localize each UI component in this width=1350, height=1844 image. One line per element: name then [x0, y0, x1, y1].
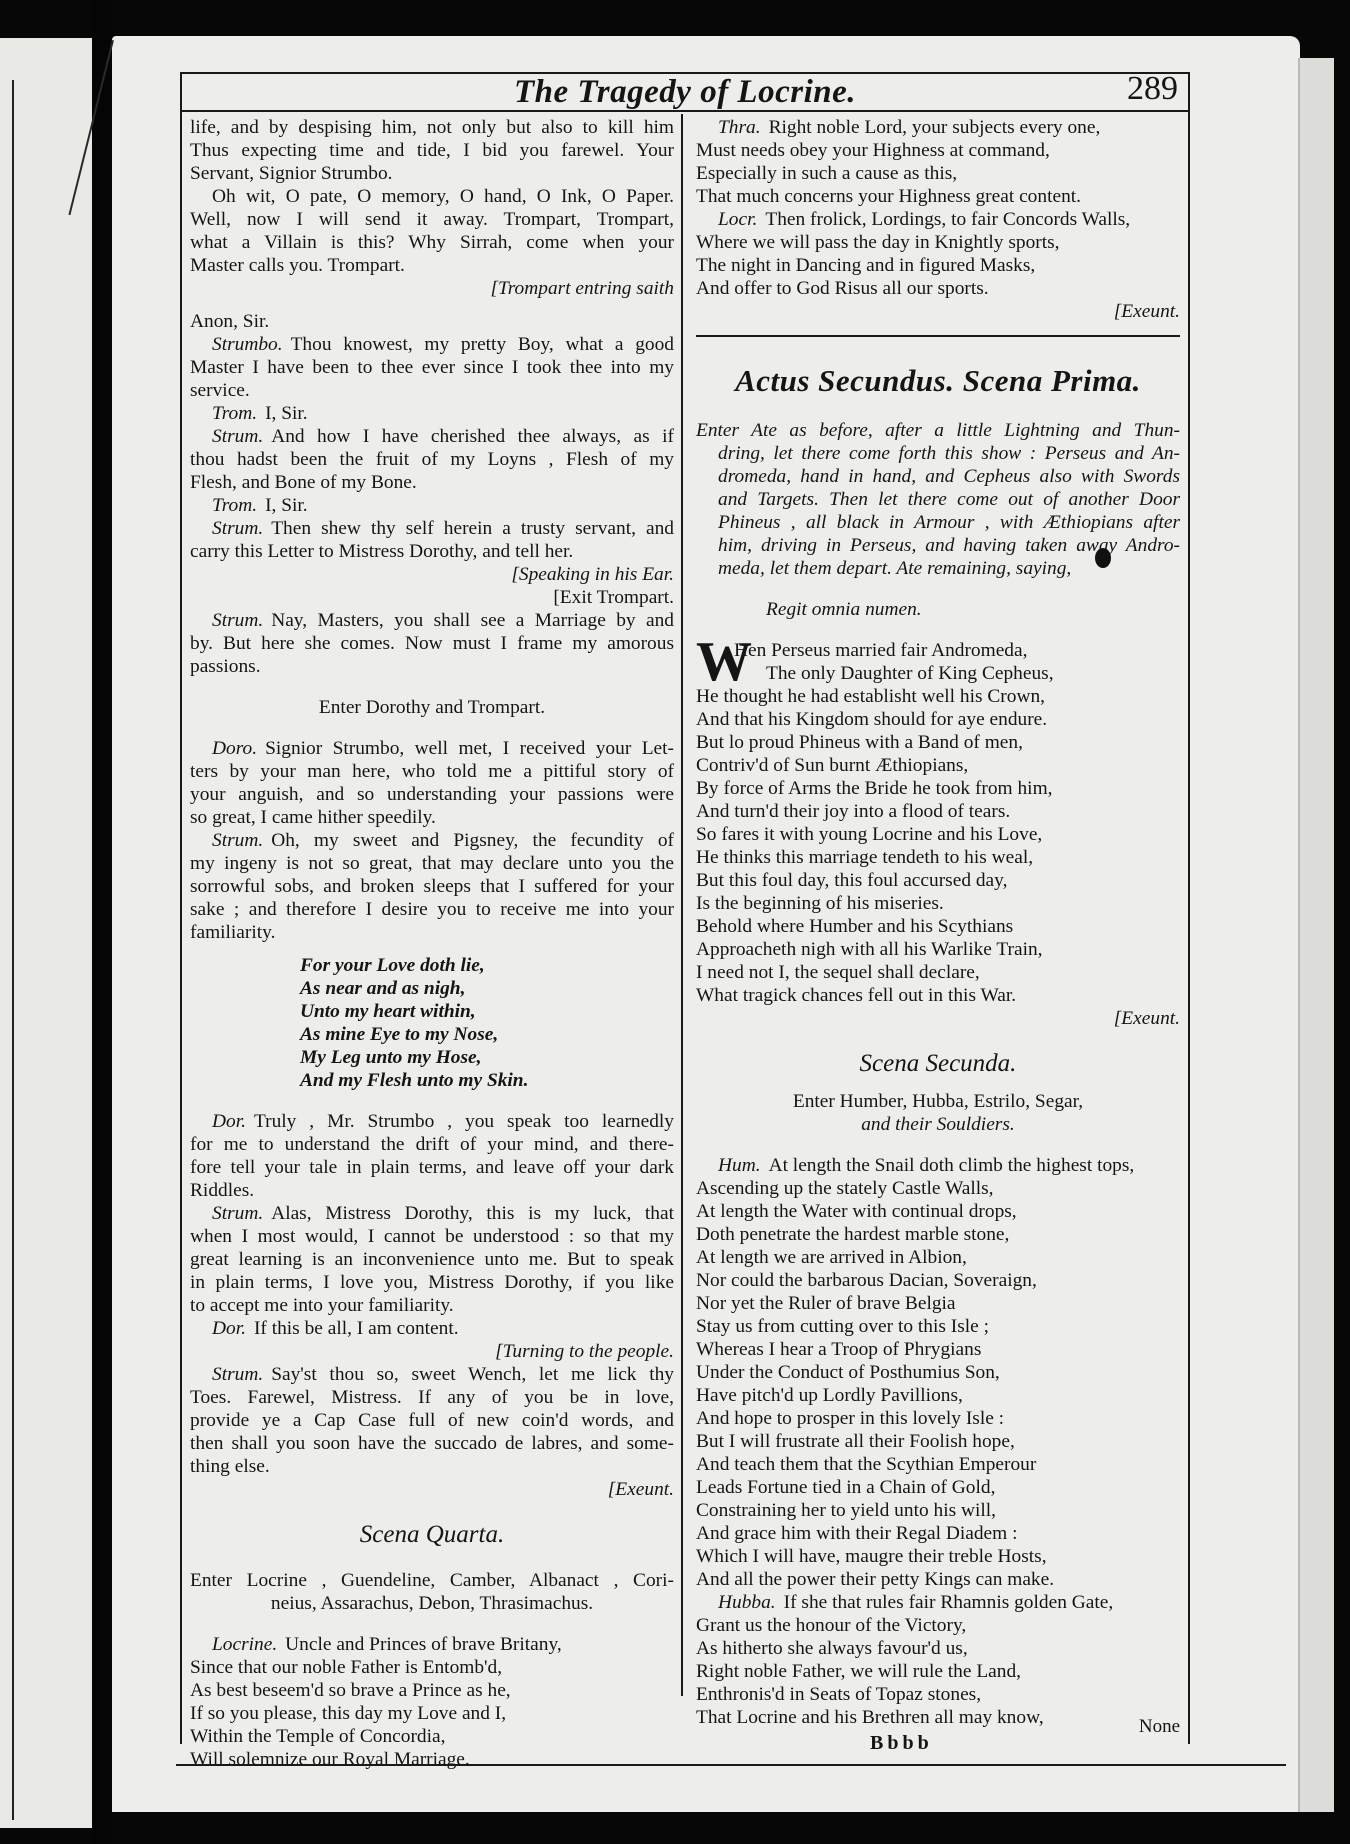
verse-line: He thinks this marriage tendeth to his w… [696, 846, 1180, 869]
verse-line: The night in Dancing and in figured Mask… [696, 254, 1180, 277]
verse-line: And teach them that the Scythian Emperou… [696, 1453, 1180, 1476]
verse-line: Nor could the barbarous Dacian, Soveraig… [696, 1269, 1180, 1292]
section-rule [696, 335, 1180, 337]
text-line: thing else. [190, 1455, 674, 1478]
entrance-direction: neius, Assarachus, Debon, Thrasimachus. [190, 1592, 674, 1615]
verse-line: Constraining her to yield unto his will, [696, 1499, 1180, 1522]
act-title: Actus Secundus. Scena Prima. [696, 361, 1180, 401]
book-gutter [92, 0, 112, 1844]
entrance-direction: Enter Humber, Hubba, Estrilo, Segar, [696, 1090, 1180, 1113]
stage-direction: [Exit Trompart. [190, 586, 674, 609]
column-divider [681, 114, 683, 1696]
verse-line: Nor yet the Ruler of brave Belgia [696, 1292, 1180, 1315]
facing-page-edge [0, 38, 92, 1828]
text-line: Servant, Signior Strumbo. [190, 162, 674, 185]
verse-line: And all the power their petty Kings can … [696, 1568, 1180, 1591]
speech-line: Strumbo.Thou knowest, my pretty Boy, wha… [190, 333, 674, 356]
speaker-name: Doro. [212, 738, 257, 759]
verse-line: If so you please, this day my Love and I… [190, 1702, 674, 1725]
text-line: great learning is an inconvenience unto … [190, 1248, 674, 1271]
verse-line: And that his Kingdom should for aye endu… [696, 708, 1180, 731]
text-line: Well, now I will send it away. Trompart,… [190, 208, 674, 231]
scene-title: Scena Secunda. [696, 1048, 1180, 1080]
stage-direction: [Exeunt. [696, 300, 1180, 323]
verse-line: And hope to prosper in this lovely Isle … [696, 1407, 1180, 1430]
speech-line: Hubba.If she that rules fair Rhamnis gol… [696, 1591, 1180, 1614]
verse-line: Since that our noble Father is Entomb'd, [190, 1656, 674, 1679]
text-line: for me to understand the drift of your m… [190, 1133, 674, 1156]
ate-speech: W Hen Perseus married fair Andromeda, Th… [696, 639, 1180, 1007]
verse-line: Where we will pass the day in Knightly s… [696, 231, 1180, 254]
verse-line: Grant us the honour of the Victory, [696, 1614, 1180, 1637]
verse-line: But this foul day, this foul accursed da… [696, 869, 1180, 892]
speaker-name: Hubba. [718, 1592, 776, 1613]
speaker-name: Dor. [212, 1318, 246, 1339]
entrance-direction: and their Souldiers. [696, 1113, 1180, 1136]
verse-line: I need not I, the sequel shall declare, [696, 961, 1180, 984]
stage-direction: [Speaking in his Ear. [190, 563, 674, 586]
text-line: Anon, Sir. [190, 310, 674, 333]
text-line: Master calls you. Trompart. [190, 254, 674, 277]
scan-background [112, 1812, 1350, 1844]
speaker-name: Locr. [718, 209, 757, 230]
text-line: what a Villain is this? Why Sirrah, come… [190, 231, 674, 254]
verse-line: That Locrine and his Brethren all may kn… [696, 1706, 1180, 1729]
left-column: life, and by despising him, not only but… [190, 116, 674, 1771]
signature-mark: Bbbb [870, 1732, 933, 1755]
text-frame: The Tragedy of Locrine. 289 life, and by… [180, 72, 1190, 1744]
text-line: service. [190, 379, 674, 402]
verse-line: So fares it with young Locrine and his L… [696, 823, 1180, 846]
text-line: provide ye a Cap Case full of new coin'd… [190, 1409, 674, 1432]
drop-cap: W [696, 637, 752, 687]
verse-line: As hitherto she always favour'd us, [696, 1637, 1180, 1660]
verse-line: Contriv'd of Sun burnt Æthiopians, [696, 754, 1180, 777]
verse-line: Have pitch'd up Lordly Pavillions, [696, 1384, 1180, 1407]
text-line: ters by your man here, who told me a pit… [190, 760, 674, 783]
verse-line: And my Flesh unto my Skin. [190, 1069, 674, 1092]
speech-line: Trom.I, Sir. [190, 494, 674, 517]
stage-direction: [Exeunt. [696, 1007, 1180, 1030]
speech-line: Locrine.Uncle and Princes of brave Brita… [190, 1633, 674, 1656]
text-line: Toes. Farewel, Mistress. If any of you b… [190, 1386, 674, 1409]
text-line: Thus expecting time and tide, I bid you … [190, 139, 674, 162]
speech-line: Thra.Right noble Lord, your subjects eve… [696, 116, 1180, 139]
verse-line: By force of Arms the Bride he took from … [696, 777, 1180, 800]
speaker-name: Dor. [212, 1111, 246, 1132]
text-line: carry this Letter to Mistress Dorothy, a… [190, 540, 674, 563]
text-line: to accept me into your familiarity. [190, 1294, 674, 1317]
text-line: your anguish, and so understanding your … [190, 783, 674, 806]
stage-direction: [Trompart entring saith [190, 277, 674, 300]
verse-line: Stay us from cutting over to this Isle ; [696, 1315, 1180, 1338]
speaker-name: Strum. [212, 1203, 263, 1224]
running-head: The Tragedy of Locrine. 289 [182, 74, 1188, 112]
text-line: when I most would, I cannot be understoo… [190, 1225, 674, 1248]
speech-line: Locr.Then frolick, Lordings, to fair Con… [696, 208, 1180, 231]
page-number: 289 [1127, 70, 1178, 108]
verse-line: At length we are arrived in Albion, [696, 1246, 1180, 1269]
verse-line: And turn'd their joy into a flood of tea… [696, 800, 1180, 823]
verse-line: Hen Perseus married fair Andromeda, [696, 639, 1180, 662]
text-line: in plain terms, I love you, Mistress Dor… [190, 1271, 674, 1294]
verse-line: Unto my heart within, [190, 1000, 674, 1023]
text-line: Riddles. [190, 1179, 674, 1202]
speaker-name: Strumbo. [212, 334, 283, 355]
speaker-name: Strum. [212, 1364, 263, 1385]
page-edge-stack [1298, 58, 1334, 1828]
speech-line: Strum.Say'st thou so, sweet Wench, let m… [190, 1363, 674, 1386]
entrance-direction: Enter Locrine , Guendeline, Camber, Alba… [190, 1569, 674, 1592]
verse-line: But lo proud Phineus with a Band of men, [696, 731, 1180, 754]
text-line: sorrowful sobs, and broken sleeps that I… [190, 875, 674, 898]
speech-line: Strum.Then shew thy self herein a trusty… [190, 517, 674, 540]
text-line: sake ; and therefore I desire you to rec… [190, 898, 674, 921]
text-line: so great, I came hither speedily. [190, 806, 674, 829]
facing-page-rule [12, 80, 14, 1820]
text-line: Flesh, and Bone of my Bone. [190, 471, 674, 494]
entrance-direction: Enter Dorothy and Trompart. [190, 696, 674, 719]
verse-line: Right noble Father, we will rule the Lan… [696, 1660, 1180, 1683]
verse-line: Must needs obey your Highness at command… [696, 139, 1180, 162]
verse-line: That much concerns your Highness great c… [696, 185, 1180, 208]
speaker-name: Strum. [212, 518, 263, 539]
speech-line: Strum.And how I have cherished thee alwa… [190, 425, 674, 448]
right-column: Thra.Right noble Lord, your subjects eve… [696, 116, 1180, 1729]
stage-direction: [Exeunt. [190, 1478, 674, 1501]
speaker-name: Hum. [718, 1155, 761, 1176]
text-line: Oh wit, O pate, O memory, O hand, O Ink,… [190, 185, 674, 208]
speaker-name: Strum. [212, 426, 263, 447]
speech-line: Strum.Nay, Masters, you shall see a Marr… [190, 609, 674, 632]
text-line: fore tell your tale in plain terms, and … [190, 1156, 674, 1179]
song-verse: For your Love doth lie, As near and as n… [190, 954, 674, 1092]
verse-line: Ascending up the stately Castle Walls, [696, 1177, 1180, 1200]
speech-line: Trom.I, Sir. [190, 402, 674, 425]
bottom-rule [176, 1764, 1286, 1766]
text-line: passions. [190, 655, 674, 678]
verse-line: And grace him with their Regal Diadem : [696, 1522, 1180, 1545]
speech-line: Dor.Truly , Mr. Strumbo , you speak too … [190, 1110, 674, 1133]
verse-line: My Leg unto my Hose, [190, 1046, 674, 1069]
text-line: thou hadst been the fruit of my Loyns , … [190, 448, 674, 471]
speech-line: Hum.At length the Snail doth climb the h… [696, 1154, 1180, 1177]
speech-line: Strum.Oh, my sweet and Pigsney, the fecu… [190, 829, 674, 852]
text-line: Master I have been to thee ever since I … [190, 356, 674, 379]
verse-line: For your Love doth lie, [190, 954, 674, 977]
scene-title: Scena Quarta. [190, 1519, 674, 1551]
verse-line: Leads Fortune tied in a Chain of Gold, [696, 1476, 1180, 1499]
motto: Regit omnia numen. [696, 598, 1180, 621]
verse-line: Enthronis'd in Seats of Topaz stones, [696, 1683, 1180, 1706]
speaker-name: Trom. [212, 495, 257, 516]
speaker-name: Strum. [212, 830, 263, 851]
running-title: The Tragedy of Locrine. [182, 74, 1188, 111]
verse-line: The only Daughter of King Cepheus, [696, 662, 1180, 685]
speaker-name: Strum. [212, 610, 263, 631]
text-line: by. But here she comes. Now must I frame… [190, 632, 674, 655]
verse-line: But I will frustrate all their Foolish h… [696, 1430, 1180, 1453]
verse-line: Doth penetrate the hardest marble stone, [696, 1223, 1180, 1246]
verse-line: And offer to God Risus all our sports. [696, 277, 1180, 300]
verse-line: As near and as nigh, [190, 977, 674, 1000]
verse-line: Behold where Humber and his Scythians [696, 915, 1180, 938]
speech-line: Dor.If this be all, I am content. [190, 1317, 674, 1340]
text-line: then shall you soon have the succado de … [190, 1432, 674, 1455]
stage-direction: [Turning to the people. [190, 1340, 674, 1363]
verse-line: Under the Conduct of Posthumius Son, [696, 1361, 1180, 1384]
text-line: familiarity. [190, 921, 674, 944]
speech-line: Doro.Signior Strumbo, well met, I receiv… [190, 737, 674, 760]
ink-blot [1095, 548, 1111, 568]
speech-line: Strum.Alas, Mistress Dorothy, this is my… [190, 1202, 674, 1225]
verse-line: As mine Eye to my Nose, [190, 1023, 674, 1046]
text-line: life, and by despising him, not only but… [190, 116, 674, 139]
verse-line: Which I will have, maugre their treble H… [696, 1545, 1180, 1568]
text-line: my ingeny is not so great, that may decl… [190, 852, 674, 875]
verse-line: Especially in such a cause as this, [696, 162, 1180, 185]
verse-line: Approacheth nigh with all his Warlike Tr… [696, 938, 1180, 961]
verse-line: As best beseem'd so brave a Prince as he… [190, 1679, 674, 1702]
speaker-name: Thra. [718, 117, 761, 138]
verse-line: He thought he had establisht well his Cr… [696, 685, 1180, 708]
verse-line: Is the beginning of his miseries. [696, 892, 1180, 915]
verse-line: At length the Water with continual drops… [696, 1200, 1180, 1223]
verse-line: What tragick chances fell out in this Wa… [696, 984, 1180, 1007]
speaker-name: Trom. [212, 403, 257, 424]
catchword: None [1139, 1716, 1180, 1738]
speaker-name: Locrine. [212, 1634, 277, 1655]
verse-line: Whereas I hear a Troop of Phrygians [696, 1338, 1180, 1361]
